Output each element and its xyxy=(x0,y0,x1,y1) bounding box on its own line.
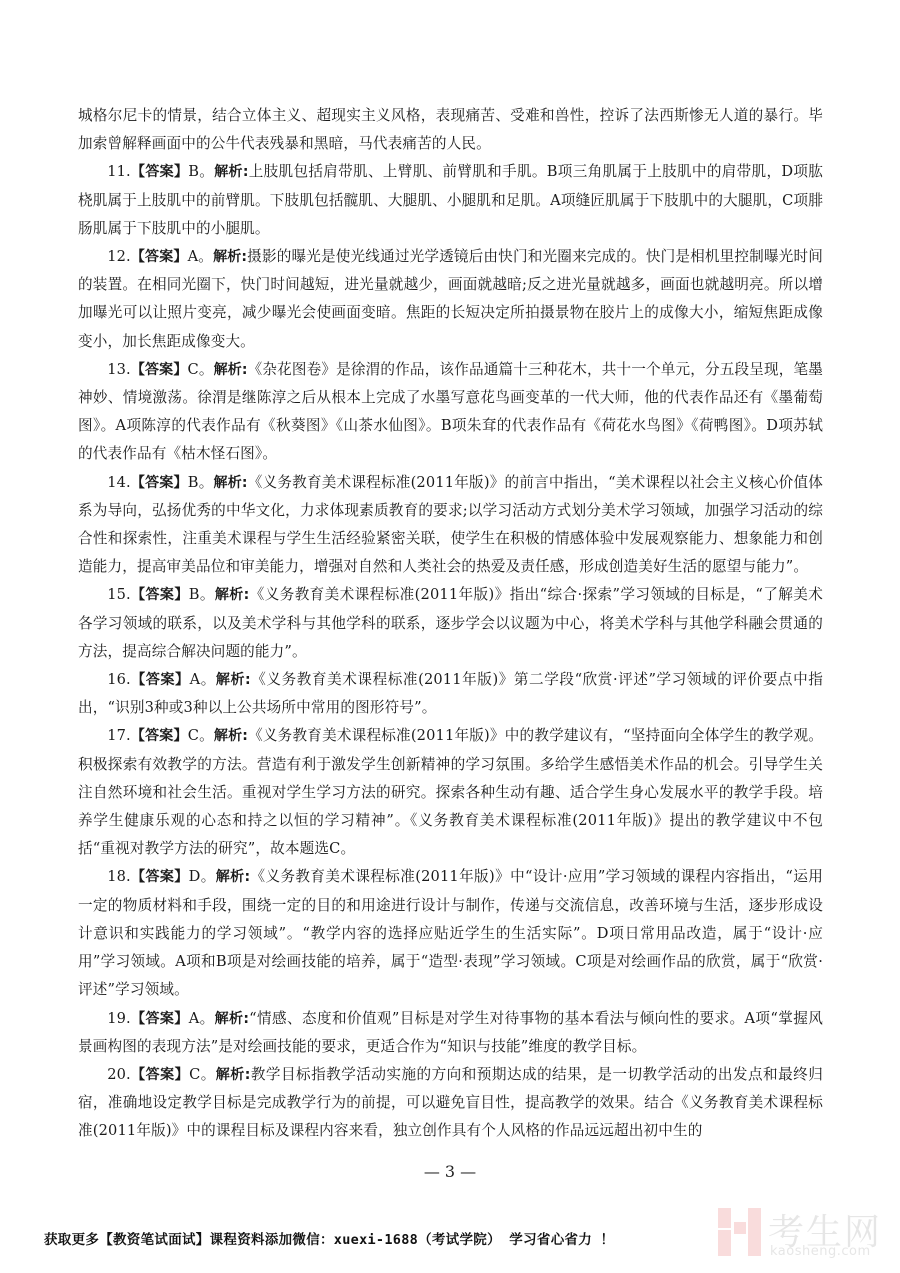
watermark: 考生网 kaosheng.com xyxy=(718,1206,890,1262)
answer-value: A。 xyxy=(188,248,213,265)
item-number: 11. xyxy=(107,163,131,180)
analysis-text: 《义务教育美术课程标准(2011年版)》中的教学建议有，“坚持面向全体学生的教学… xyxy=(78,727,823,857)
analysis-text: 《义务教育美术课程标准(2011年版)》中“设计·应用”学习领域的课程内容指出，… xyxy=(78,868,823,998)
answer-label: 【答案】 xyxy=(131,728,188,744)
item-number: 15. xyxy=(107,586,131,603)
answer-value: C。 xyxy=(189,1066,216,1083)
answer-item-15: 15.【答案】B。解析:《义务教育美术课程标准(2011年版)》指出“综合·探索… xyxy=(78,581,823,666)
analysis-label: 解析: xyxy=(216,1067,251,1083)
item-number: 16. xyxy=(107,671,131,688)
answer-value: D。 xyxy=(189,868,216,885)
answer-label: 【答案】 xyxy=(131,672,190,688)
answer-item-18: 18.【答案】D。解析:《义务教育美术课程标准(2011年版)》中“设计·应用”… xyxy=(78,863,823,1004)
answer-label: 【答案】 xyxy=(131,1067,189,1083)
analysis-label: 解析: xyxy=(216,672,251,688)
answer-value: C。 xyxy=(188,727,214,744)
answer-item-16: 16.【答案】A。解析:《义务教育美术课程标准(2011年版)》第二学段“欣赏·… xyxy=(78,666,823,722)
answer-item-12: 12.【答案】A。解析:摄影的曝光是使光线通过光学透镜后由快门和光圈来完成的。快… xyxy=(78,243,823,356)
item-number: 18. xyxy=(107,868,131,885)
answer-label: 【答案】 xyxy=(131,164,188,180)
answer-item-14: 14.【答案】B。解析:《义务教育美术课程标准(2011年版)》的前言中指出，“… xyxy=(78,469,823,582)
answer-label: 【答案】 xyxy=(131,869,189,885)
answer-item-19: 19.【答案】A。解析:“情感、态度和价值观”目标是对学生对待事物的基本看法与倾… xyxy=(78,1005,823,1061)
item-number: 13. xyxy=(107,361,131,378)
item-number: 19. xyxy=(107,1010,131,1027)
answer-value: C。 xyxy=(188,361,214,378)
footer-ad-text: 获取更多【教资笔试面试】课程资料添加微信：xuexi-1688（考试学院） 学习… xyxy=(44,1228,614,1248)
analysis-label: 解析: xyxy=(216,869,251,885)
item-number: 17. xyxy=(107,727,131,744)
answer-value: B。 xyxy=(188,163,214,180)
analysis-label: 解析: xyxy=(214,728,248,744)
item-number: 20. xyxy=(107,1066,131,1083)
answer-label: 【答案】 xyxy=(131,249,188,265)
answer-value: B。 xyxy=(188,474,214,491)
answer-item-17: 17.【答案】C。解析:《义务教育美术课程标准(2011年版)》中的教学建议有，… xyxy=(78,722,823,863)
watermark-url: kaosheng.com xyxy=(770,1244,871,1259)
page-number: — 3 — xyxy=(0,1162,900,1181)
answer-label: 【答案】 xyxy=(131,362,188,378)
answer-label: 【答案】 xyxy=(131,1011,189,1027)
analysis-label: 解析: xyxy=(213,249,247,265)
answer-item-11: 11.【答案】B。解析:上肢肌包括肩带肌、上臂肌、前臂肌和手肌。B项三角肌属于上… xyxy=(78,158,823,243)
answer-item-13: 13.【答案】C。解析:《杂花图卷》是徐渭的作品，该作品通篇十三种花木，共十一个… xyxy=(78,356,823,469)
analysis-label: 解析: xyxy=(214,164,248,180)
answer-value: B。 xyxy=(189,586,215,603)
answer-item-20: 20.【答案】C。解析:教学目标指教学活动实施的方向和预期达成的结果，是一切教学… xyxy=(78,1061,823,1146)
item-number: 14. xyxy=(107,474,131,491)
analysis-label: 解析: xyxy=(215,587,250,603)
analysis-label: 解析: xyxy=(214,475,248,491)
analysis-label: 解析: xyxy=(215,1011,250,1027)
continuation-paragraph: 城格尔尼卡的情景，结合立体主义、超现实主义风格，表现痛苦、受难和兽性，控诉了法西… xyxy=(78,102,823,158)
document-body: 城格尔尼卡的情景，结合立体主义、超现实主义风格，表现痛苦、受难和兽性，控诉了法西… xyxy=(78,102,823,1146)
answer-label: 【答案】 xyxy=(131,587,189,603)
answer-value: A。 xyxy=(190,671,216,688)
item-number: 12. xyxy=(107,248,131,265)
answer-label: 【答案】 xyxy=(131,475,188,491)
analysis-label: 解析: xyxy=(214,362,248,378)
answer-value: A。 xyxy=(189,1010,215,1027)
kaosheng-logo-icon xyxy=(718,1208,762,1256)
